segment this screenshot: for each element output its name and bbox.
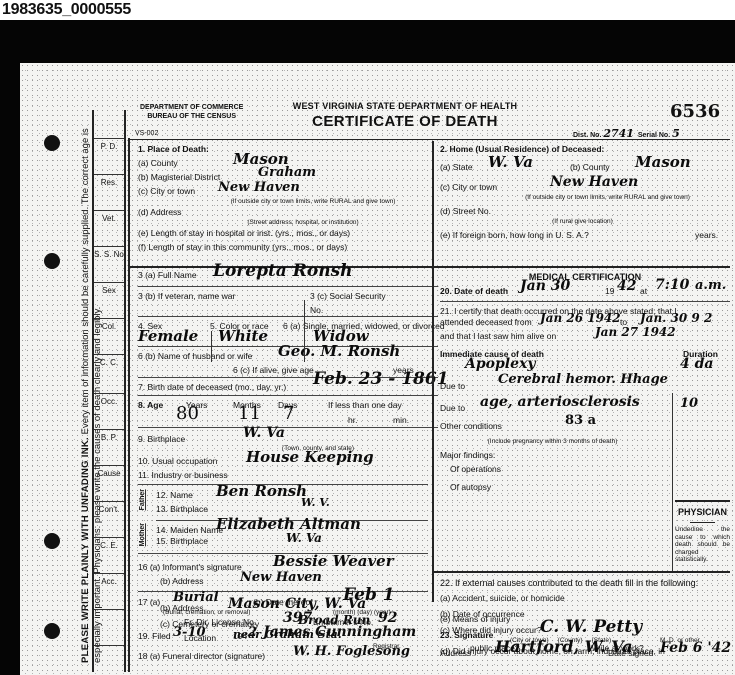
form-border xyxy=(128,138,130,672)
death-county-value: Mason xyxy=(233,152,289,166)
code-vet: Vet. xyxy=(94,210,124,246)
funeral-filing: (b) Address Mason City, W. Va Fr. Dir. L… xyxy=(138,601,438,650)
side-code-column: P. D. Res. Vet. S. S. No Sex Col. C. C. … xyxy=(92,110,126,672)
punch-hole-icon xyxy=(44,253,60,269)
punch-hole-icon xyxy=(44,135,60,151)
informant: 16 (a) Informant's signature Bessie Weav… xyxy=(138,553,428,588)
residence: 2. Home (Usual Residence) of Deceased: (… xyxy=(440,142,725,242)
code-acc: Acc. xyxy=(94,573,124,609)
death-certificate: PLEASE WRITE PLAINLY WITH UNFADING INK. … xyxy=(20,63,735,675)
code-cont: Con't. xyxy=(94,501,124,537)
code-cause: Cause xyxy=(94,465,124,501)
code-sex: Sex xyxy=(94,282,124,318)
certificate-number: 6536 xyxy=(670,101,720,122)
code-res: Res. xyxy=(94,174,124,210)
medical-certification: MEDICAL CERTIFICATION 20. Date of death … xyxy=(440,270,730,494)
code-ce: C. E. xyxy=(94,537,124,573)
code-cc: C. C. xyxy=(94,354,124,390)
personal-info: 3 (a) Full Name Lorepta Ronsh 3 (b) If v… xyxy=(138,268,438,482)
age-years-value: 80 xyxy=(176,407,199,421)
code-occ: Occ. xyxy=(94,393,124,429)
page-title: CERTIFICATE OF DEATH xyxy=(270,113,540,130)
place-of-death: 1. Place of Death: (a) County Mason (b) … xyxy=(138,142,428,254)
code-pd: P. D. xyxy=(94,138,124,174)
death-date-value: Jan 30 xyxy=(520,279,570,293)
code-bp: B. P. xyxy=(94,429,124,465)
physician-signature: (e) Means of injury 23. Signature C. W. … xyxy=(440,612,730,660)
full-name-value: Lorepta Ronsh xyxy=(213,264,353,278)
physician-box: PHYSICIAN Underline the cause to which d… xyxy=(675,500,730,564)
parents: Father Mother 12. Name Ben Ronsh 13. Bir… xyxy=(138,484,428,548)
code-col: Col. xyxy=(94,318,124,354)
header-title-block: WEST VIRGINIA STATE DEPARTMENT OF HEALTH… xyxy=(270,101,540,130)
file-id: 1983635_0000555 xyxy=(2,1,131,19)
punch-hole-icon xyxy=(44,623,60,639)
header-federal: DEPARTMENT OF COMMERCE BUREAU OF THE CEN… xyxy=(140,103,243,121)
physician-signature-value: C. W. Petty xyxy=(540,620,642,634)
code-ss: S. S. No xyxy=(94,246,124,282)
margin-instructions: PLEASE WRITE PLAINLY WITH UNFADING INK. … xyxy=(20,63,86,673)
punch-hole-icon xyxy=(44,533,60,549)
